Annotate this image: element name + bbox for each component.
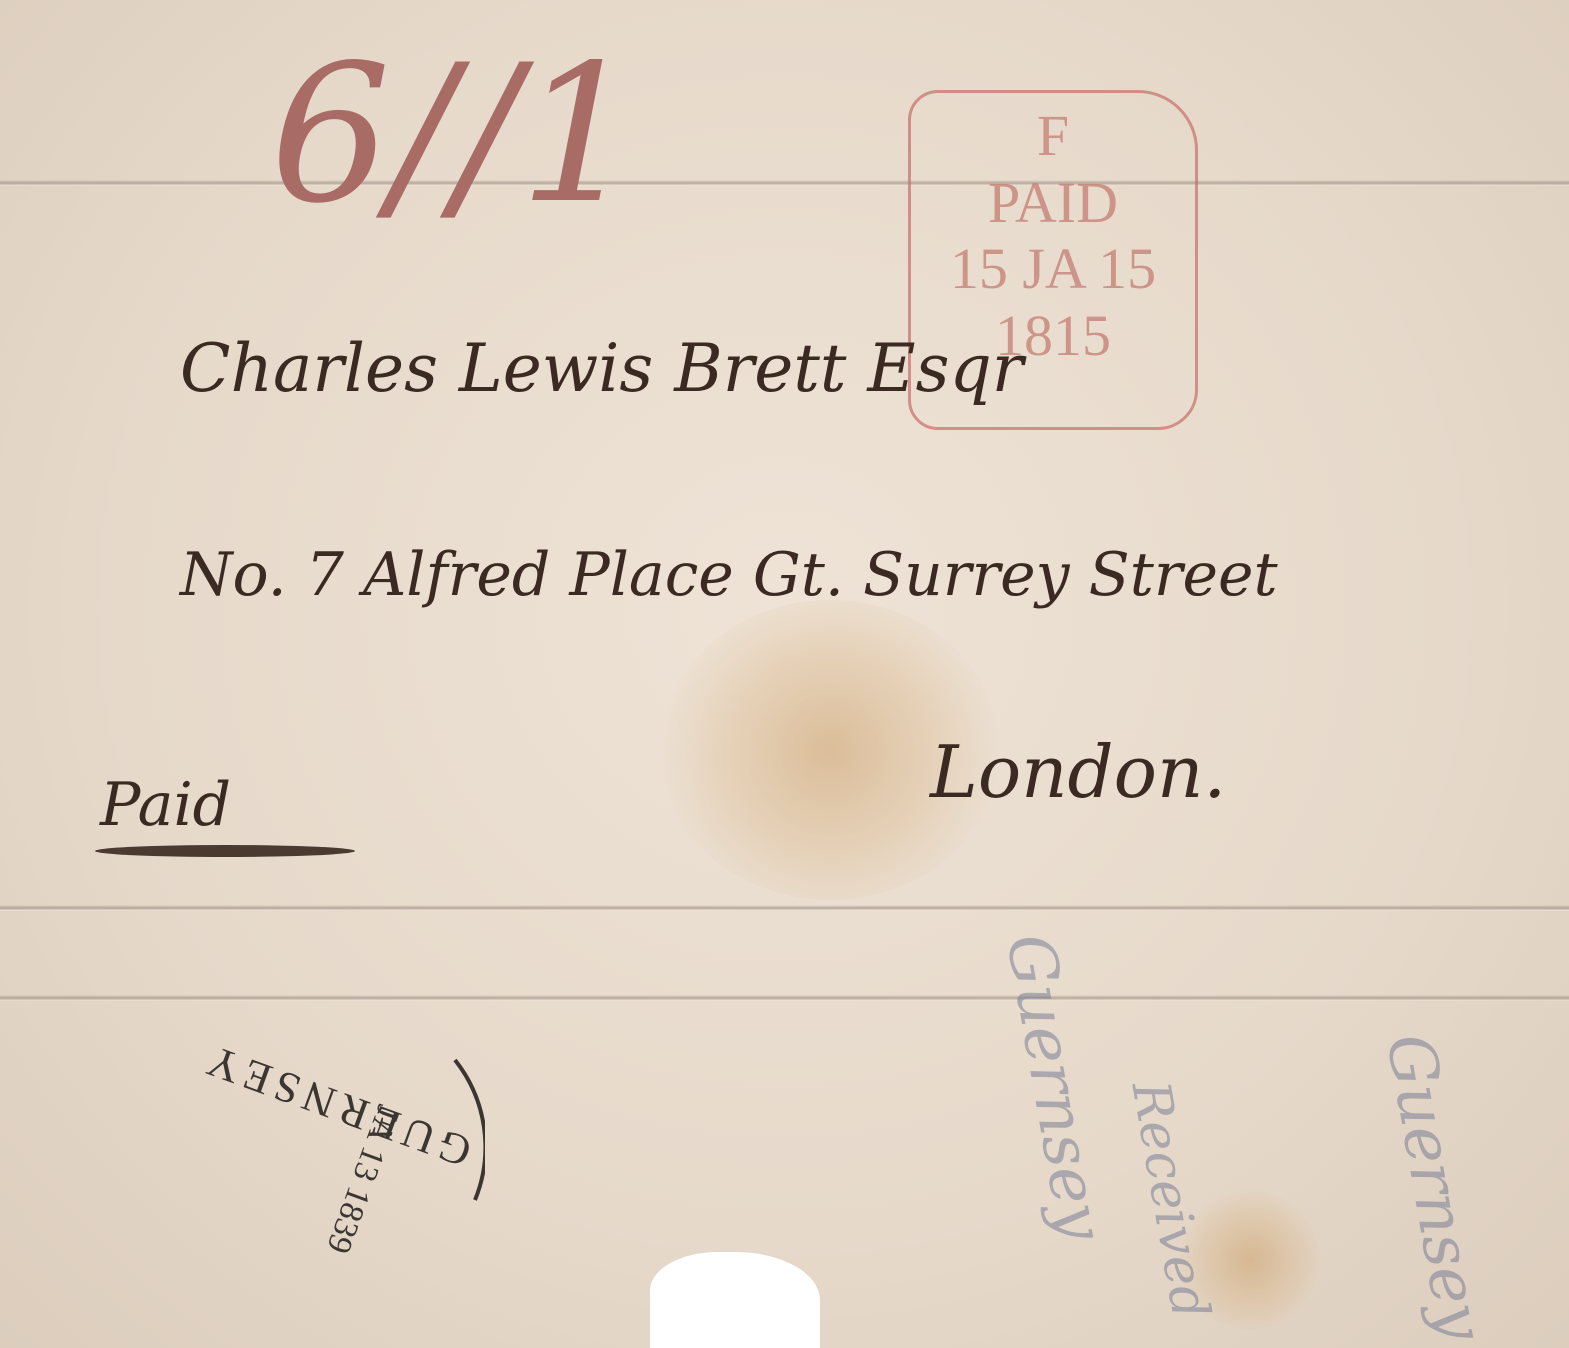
letter-cover: 6//1 F PAID 15 JA 15 1815 Charles Lewis … xyxy=(0,0,1569,1348)
fold-line xyxy=(0,905,1569,911)
handstamp-line: 15 JA 15 xyxy=(911,236,1195,303)
address-line-3: London. xyxy=(930,730,1226,814)
pencil-note: Guernsey xyxy=(1371,1028,1498,1345)
address-line-1: Charles Lewis Brett Esqr xyxy=(180,330,1023,407)
paid-endorsement: Paid xyxy=(100,770,231,840)
handstamp-line: PAID xyxy=(911,170,1195,237)
rate-marking: 6//1 xyxy=(270,40,640,230)
handstamp-line: F xyxy=(911,103,1195,170)
guernsey-datestamp: GUERNSEY JA 13 1839 xyxy=(175,1020,485,1320)
pencil-note: Received xyxy=(1120,1077,1221,1324)
fold-line xyxy=(0,180,1569,186)
address-line-2: No. 7 Alfred Place Gt. Surrey Street xyxy=(180,540,1278,610)
paper-tear xyxy=(650,1252,820,1348)
pencil-note: Guernsey xyxy=(991,928,1118,1245)
fold-line xyxy=(0,995,1569,1001)
endorsement-underline xyxy=(95,845,355,857)
